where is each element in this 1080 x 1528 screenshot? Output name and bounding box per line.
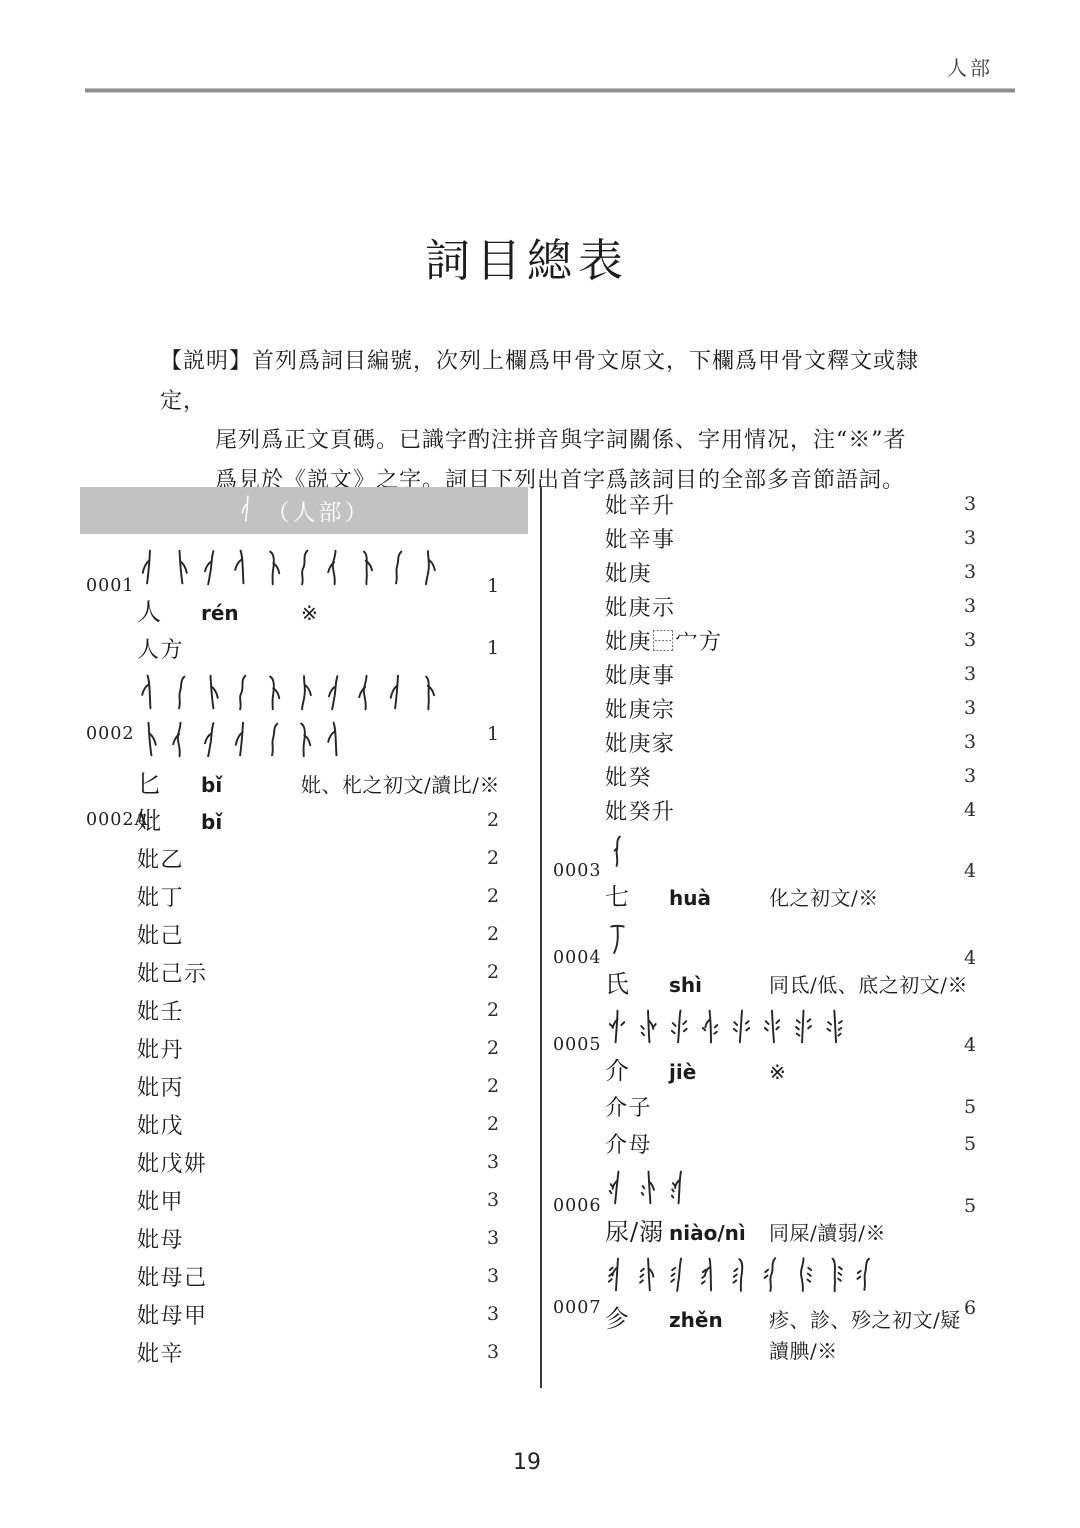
explanation-text-2: 尾列爲正文頁碼。已識字酌注拼音與字詞關係、字用情况，注“※”者 (160, 421, 932, 461)
entry-id: 0006 (553, 1196, 605, 1216)
page-title: 詞目總表 (0, 224, 1054, 289)
headword: 氏 (605, 964, 669, 999)
oracle-glyph-jie1 (605, 1006, 630, 1046)
page-ref: 5 (935, 1195, 1005, 1217)
page-ref: 3 (935, 527, 1005, 549)
oracle-glyph-ren8 (354, 547, 379, 587)
oracle-glyph-ren4 (230, 547, 255, 587)
entry-note: 妣、朼之初文/讀比/※ (301, 770, 506, 801)
entry-note: 同屎/讀弱/※ (769, 1218, 974, 1249)
page-ref: 2 (458, 1075, 528, 1097)
sub-entry-row: 妣壬2 (80, 991, 528, 1029)
sub-entry-row: 介母5 (553, 1125, 1005, 1162)
sub-entry-word: 介母 (605, 1128, 652, 1159)
sub-entry-word: 妣癸升 (605, 795, 676, 826)
page-ref: 3 (458, 1341, 528, 1363)
entry-row: 0001 人 rén ※ 1 (80, 542, 528, 629)
entry-row: 0002A 妣 bǐ 2 (80, 801, 528, 839)
running-head: 人部 (85, 52, 1015, 81)
page-ref: 3 (935, 629, 1005, 651)
oracle-glyph-ren3 (199, 547, 224, 587)
explanation: 【説明】首列爲詞目編號，次列上欄爲甲骨文原文，下欄爲甲骨文釋文或隸定， 尾列爲正… (160, 342, 932, 500)
oracle-glyph-ren4 (323, 719, 348, 759)
page-ref: 2 (458, 1113, 528, 1135)
oracle-glyph-jie2 (636, 1006, 661, 1046)
sub-entry-row: 人方 1 (80, 629, 528, 667)
oracle-glyph-row (605, 1165, 935, 1209)
sub-entry-word: 妣庚事 (605, 659, 676, 690)
oracle-glyph-ren5 (292, 719, 317, 759)
sub-entry-word: 妣庚宗 (605, 693, 676, 724)
oracle-glyph-jie6 (760, 1006, 785, 1046)
entry-note: 化之初文/※ (769, 883, 974, 914)
page-ref: 2 (458, 809, 528, 831)
sub-entry-word: 介子 (605, 1091, 652, 1122)
oracle-glyph-row (605, 830, 935, 874)
oracle-glyph-row (137, 545, 458, 589)
sub-entry-row: 妣辛3 (80, 1333, 528, 1371)
page-ref: 1 (458, 637, 528, 659)
oracle-glyph-ren1 (230, 719, 255, 759)
oracle-glyph-ren1 (137, 547, 162, 587)
oracle-glyph-hua1 (605, 832, 630, 872)
entry-note: ※ (769, 1057, 974, 1088)
section-header-bar: （人部） (80, 487, 528, 534)
sub-entry-word: 妣戊妌 (137, 1147, 208, 1178)
headword: 妣 (137, 801, 201, 836)
oracle-glyph-ren7 (168, 719, 193, 759)
oracle-glyph-niao3 (667, 1167, 692, 1207)
explanation-label: 【説明】 (160, 349, 252, 374)
right-column: 妣辛升3 妣辛事3 妣庚3 妣庚示3 妣庚⿱宀方3 妣庚事3 妣庚宗3 妣庚家3… (553, 487, 1005, 1367)
section-oracle-glyph-icon (238, 493, 257, 528)
sub-entry-row: 妣庚宗3 (553, 691, 1005, 725)
sub-entry-row: 妣戊2 (80, 1105, 528, 1143)
sub-entry-word: 妣癸 (605, 761, 652, 792)
sub-entry-word: 妣丹 (137, 1033, 184, 1064)
pinyin: shì (669, 973, 769, 997)
sub-entry-row: 妣癸3 (553, 759, 1005, 793)
oracle-glyph-jie3 (667, 1006, 692, 1046)
section-label: （人部） (267, 494, 371, 527)
oracle-glyph-zhen1 (605, 1254, 630, 1294)
sub-entry-word: 妣丙 (137, 1071, 184, 1102)
oracle-glyph-jie5 (729, 1006, 754, 1046)
oracle-glyph-ren8 (416, 672, 441, 712)
entry-id: 0007 (553, 1298, 605, 1318)
entry-id: 0001 (80, 576, 137, 596)
oracle-glyph-row (137, 717, 458, 761)
oracle-glyph-ren5 (261, 672, 286, 712)
entry-row: 0004 氏 shì 同氐/低、底之初文/※ 4 (553, 914, 1005, 1001)
page-ref: 4 (935, 947, 1005, 969)
left-column: （人部） 0001 人 rén ※ 1 人方 1 0002 (80, 487, 528, 1371)
page-ref: 3 (935, 697, 1005, 719)
sub-entry-row: 妣母己3 (80, 1257, 528, 1295)
pinyin: jiè (669, 1060, 769, 1084)
sub-entry-word: 妣母己 (137, 1261, 208, 1292)
oracle-glyph-zhen7 (791, 1254, 816, 1294)
sub-entry-word: 妣母甲 (137, 1299, 208, 1330)
oracle-glyph-ren2 (199, 672, 224, 712)
page-ref: 2 (458, 847, 528, 869)
sub-entry-row: 妣母3 (80, 1219, 528, 1257)
page-ref: 5 (935, 1096, 1005, 1118)
oracle-glyph-shi1 (605, 919, 630, 959)
sub-entry-word: 妣辛事 (605, 523, 676, 554)
headword: 㐱 (605, 1299, 669, 1334)
sub-entry-row: 妣己示2 (80, 953, 528, 991)
headword: 人 (137, 592, 201, 627)
oracle-glyph-ren6 (292, 547, 317, 587)
oracle-glyph-ren1 (385, 672, 410, 712)
oracle-glyph-ren9 (261, 719, 286, 759)
sub-entry-word: 妣母 (137, 1223, 184, 1254)
folio-page-number: 19 (0, 1450, 1054, 1475)
oracle-glyph-ren7 (323, 547, 348, 587)
sub-entry-row: 妣丙2 (80, 1067, 528, 1105)
oracle-glyph-ren6 (230, 672, 255, 712)
pinyin: bǐ (201, 810, 301, 834)
page-ref: 2 (458, 961, 528, 983)
sub-entry-word: 妣乙 (137, 843, 184, 874)
sub-entry-word: 人方 (137, 633, 184, 664)
oracle-glyph-zhen5 (729, 1254, 754, 1294)
oracle-glyph-ren2 (137, 719, 162, 759)
page-ref: 3 (458, 1151, 528, 1173)
page-ref: 3 (935, 595, 1005, 617)
sub-entry-word: 妣庚⿱宀方 (605, 625, 723, 656)
oracle-glyph-ren4 (137, 672, 162, 712)
entry-row: 0002 匕 bǐ 妣、朼之初文/讀比/※ 1 (80, 667, 528, 801)
page-ref: 3 (458, 1227, 528, 1249)
sub-entry-word: 妣辛升 (605, 489, 676, 520)
sub-entry-word: 妣丁 (137, 881, 184, 912)
entry-row: 0007 㐱 zhěn 疹、診、殄之初文/疑讀腆/※ 6 (553, 1249, 1005, 1367)
page-ref: 3 (935, 561, 1005, 583)
sub-entry-row: 妣庚3 (553, 555, 1005, 589)
headword: 尿/溺 (605, 1212, 669, 1247)
pinyin: huà (669, 886, 769, 910)
explanation-line: 【説明】首列爲詞目編號，次列上欄爲甲骨文原文，下欄爲甲骨文釋文或隸定， (160, 342, 932, 421)
oracle-glyph-ren2 (168, 547, 193, 587)
oracle-glyph-zhen4 (698, 1254, 723, 1294)
page-ref: 3 (935, 765, 1005, 787)
sub-entry-row: 妣癸升4 (553, 793, 1005, 827)
oracle-glyph-ren5 (261, 547, 286, 587)
pinyin: niào/nì (669, 1221, 769, 1245)
headword: 匕 (137, 764, 201, 799)
sub-entry-row: 妣庚示3 (553, 589, 1005, 623)
oracle-glyph-row (605, 1004, 935, 1048)
entry-row: 0005 介 jiè ※ 4 (553, 1001, 1005, 1088)
oracle-glyph-zhen2 (636, 1254, 661, 1294)
pinyin: bǐ (201, 773, 301, 797)
sub-entry-row: 介子5 (553, 1088, 1005, 1125)
sub-entry-row: 妣庚事3 (553, 657, 1005, 691)
oracle-glyph-zhen8 (822, 1254, 847, 1294)
entry-row: 0006 尿/溺 niào/nì 同屎/讀弱/※ 5 (553, 1162, 1005, 1249)
oracle-glyph-jie8 (822, 1006, 847, 1046)
header-rule (85, 88, 1015, 93)
sub-entry-row: 妣庚家3 (553, 725, 1005, 759)
page-ref: 3 (458, 1189, 528, 1211)
oracle-glyph-row (605, 1252, 935, 1296)
sub-entry-row: 妣母甲3 (80, 1295, 528, 1333)
oracle-glyph-niao2 (636, 1167, 661, 1207)
sub-entry-row: 妣庚⿱宀方3 (553, 623, 1005, 657)
headword: 介 (605, 1051, 669, 1086)
sub-entry-word: 妣庚 (605, 557, 652, 588)
sub-entry-word: 妣己示 (137, 957, 208, 988)
oracle-glyph-ren7 (354, 672, 379, 712)
sub-entry-word: 妣戊 (137, 1109, 184, 1140)
oracle-glyph-zhen3 (667, 1254, 692, 1294)
oracle-glyph-jie4 (698, 1006, 723, 1046)
page-ref: 6 (935, 1297, 1005, 1319)
oracle-glyph-zhen6 (760, 1254, 785, 1294)
oracle-glyph-zhen9 (853, 1254, 878, 1294)
sub-entry-row: 妣乙2 (80, 839, 528, 877)
oracle-glyph-ren9 (168, 672, 193, 712)
sub-entry-word: 妣甲 (137, 1185, 184, 1216)
sub-entry-word: 妣己 (137, 919, 184, 950)
column-divider (540, 487, 542, 1388)
oracle-glyph-jie7 (791, 1006, 816, 1046)
oracle-glyph-ren3 (199, 719, 224, 759)
page-ref: 2 (458, 1037, 528, 1059)
entry-id: 0002 (80, 724, 137, 744)
sub-entry-row: 妣丹2 (80, 1029, 528, 1067)
oracle-glyph-row (137, 670, 458, 714)
entry-id: 0005 (553, 1035, 605, 1055)
pinyin: rén (201, 601, 301, 625)
page-ref: 1 (458, 575, 528, 597)
page-ref: 3 (935, 663, 1005, 685)
page-ref: 2 (458, 923, 528, 945)
sub-entry-row: 妣甲3 (80, 1181, 528, 1219)
page-ref: 5 (935, 1133, 1005, 1155)
entry-note: ※ (301, 598, 506, 629)
page-ref: 2 (458, 999, 528, 1021)
page-ref: 3 (458, 1303, 528, 1325)
page-ref: 3 (935, 731, 1005, 753)
sub-entry-row: 妣丁2 (80, 877, 528, 915)
oracle-glyph-row (605, 917, 935, 961)
sub-entry-row: 妣己2 (80, 915, 528, 953)
dictionary-page: 人部 詞目總表 【説明】首列爲詞目編號，次列上欄爲甲骨文原文，下欄爲甲骨文釋文或… (0, 0, 1080, 1528)
headword: 七 (605, 877, 669, 912)
explanation-text-1: 首列爲詞目編號，次列上欄爲甲骨文原文，下欄爲甲骨文釋文或隸定， (160, 349, 919, 414)
entry-id: 0004 (553, 948, 605, 968)
oracle-glyph-niao1 (605, 1167, 630, 1207)
sub-entry-word: 妣庚家 (605, 727, 676, 758)
oracle-glyph-ren10 (416, 547, 441, 587)
sub-entry-word: 妣庚示 (605, 591, 676, 622)
pinyin: zhěn (669, 1308, 769, 1332)
sub-entry-row: 妣辛事3 (553, 521, 1005, 555)
sub-entry-word: 妣壬 (137, 995, 184, 1026)
entry-row: 0003 七 huà 化之初文/※ 4 (553, 827, 1005, 914)
page-ref: 4 (935, 799, 1005, 821)
sub-entry-word: 妣辛 (137, 1337, 184, 1368)
page-ref: 4 (935, 860, 1005, 882)
oracle-glyph-ren9 (385, 547, 410, 587)
oracle-glyph-ren10 (292, 672, 317, 712)
page-ref: 3 (935, 493, 1005, 515)
page-ref: 4 (935, 1034, 1005, 1056)
oracle-glyph-ren3 (323, 672, 348, 712)
entry-note: 同氐/低、底之初文/※ (769, 970, 974, 1001)
page-ref: 2 (458, 885, 528, 907)
entry-id: 0003 (553, 861, 605, 881)
sub-entry-row: 妣辛升3 (553, 487, 1005, 521)
entry-id: 0002A (80, 810, 137, 830)
page-ref: 3 (458, 1265, 528, 1287)
oracle-glyph-ren1 (238, 493, 257, 524)
sub-entry-row: 妣戊妌3 (80, 1143, 528, 1181)
page-ref: 1 (458, 723, 528, 745)
